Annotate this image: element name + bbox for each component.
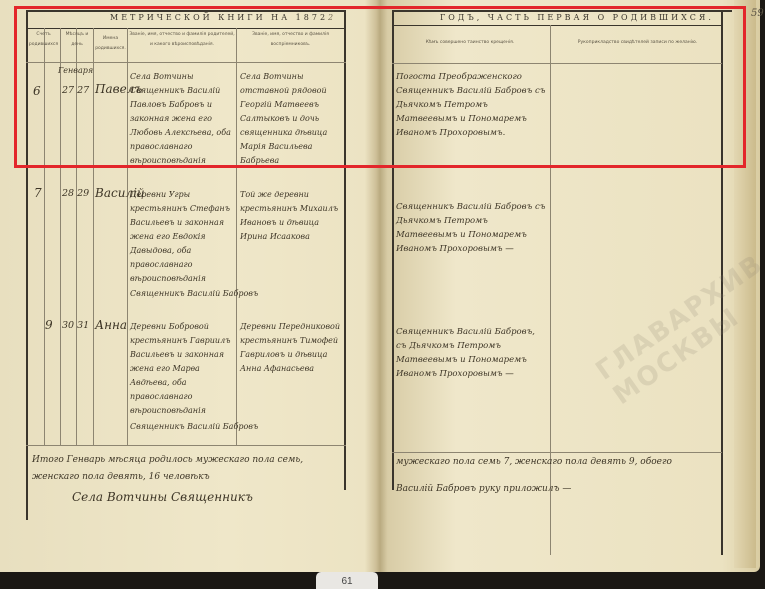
entry-signature: Священникъ Василій Бабровъ: [130, 287, 258, 302]
left-summary: Итого Генварь мѣсяца родилось мужескаго …: [32, 452, 342, 486]
entry-dates: 28 29: [62, 187, 89, 202]
entry-parents: Деревни Бобровой крестьянинъ Гавриилъ Ва…: [130, 320, 235, 418]
entry-signature: Священникъ Василій Бабровъ: [130, 420, 258, 435]
entry-dates: 30 31: [62, 319, 89, 334]
right-summary: мужескаго пола семь 7, женскаго пола дев…: [396, 455, 672, 470]
baptized-by-entry: Священникъ Василій Бабровъ, съ Дьячкомъ …: [396, 325, 546, 381]
left-footer-sign: Села Вотчины Священникъ: [72, 490, 253, 505]
right-footer-sign: Василій Бабровъ руку приложилъ —: [396, 482, 571, 497]
entry-number: 9: [45, 318, 53, 333]
entry-name: Анна: [95, 318, 127, 333]
entry-godparents: Той же деревни крестьянинъ Михаилъ Ивано…: [240, 188, 344, 244]
page-number-tab[interactable]: 61: [316, 572, 378, 589]
folio-number: 59: [751, 8, 764, 19]
entry-parents: Деревни Угры крестьянинъ Стефанъ Василье…: [130, 188, 235, 286]
highlight-box: [14, 6, 746, 168]
entry-number: 7: [34, 186, 42, 201]
entry-godparents: Деревни Передниковой крестьянинъ Тимофей…: [240, 320, 344, 376]
baptized-by-entry: Священникъ Василій Бабровъ съ Дьячкомъ П…: [396, 200, 546, 256]
right-summary-divider: [392, 452, 722, 453]
left-summary-divider: [26, 445, 346, 446]
